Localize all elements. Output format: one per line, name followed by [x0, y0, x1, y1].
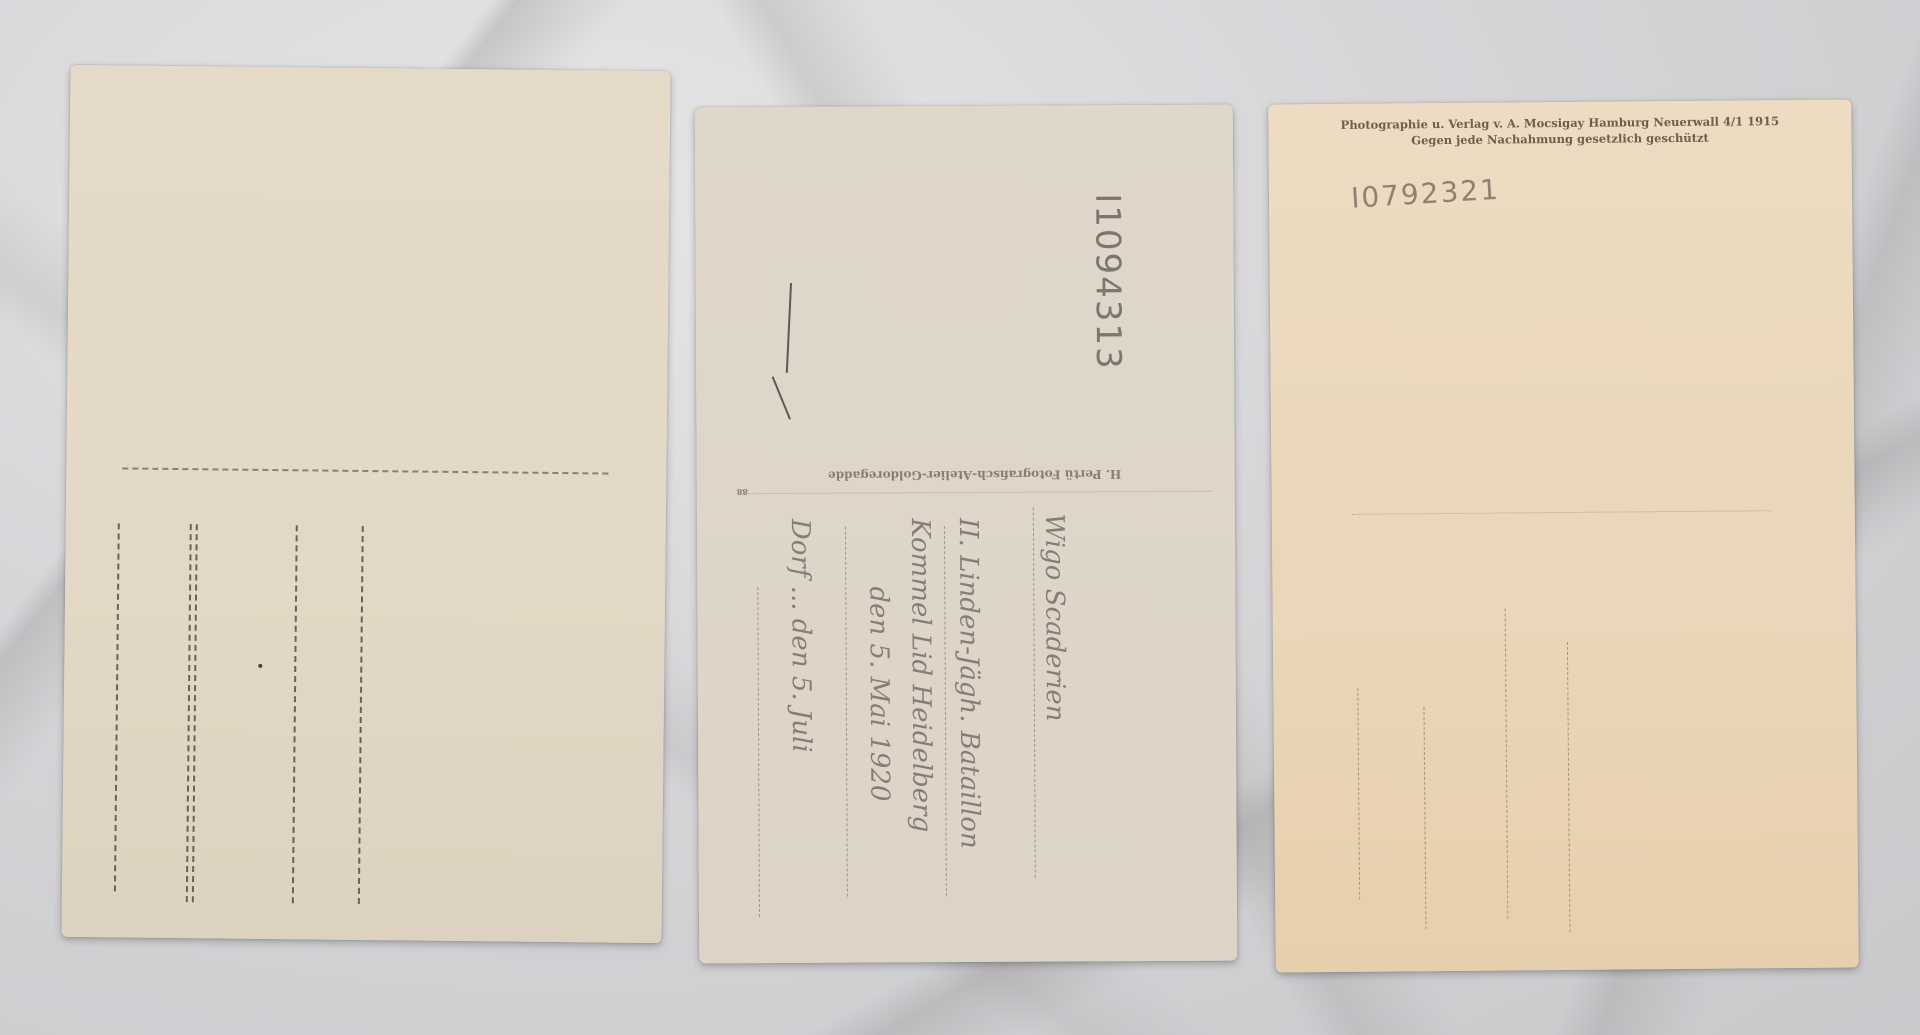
address-line — [114, 523, 120, 891]
divider-horizontal — [1352, 510, 1772, 515]
address-line — [292, 525, 298, 903]
studio-imprint: H. Pertü Fotografisch-Atelier-Goldoregad… — [775, 467, 1175, 483]
handwriting-line-3: Kommel Lid Heidelberg — [905, 518, 937, 832]
ink-dot — [258, 664, 262, 668]
divider-horizontal — [745, 491, 1213, 494]
address-line — [186, 524, 192, 902]
address-line — [1567, 642, 1571, 932]
address-line — [1357, 688, 1360, 900]
copyright-notice: Gegen jede Nachahmung gesetzlich geschüt… — [1292, 130, 1827, 149]
address-line — [192, 524, 198, 902]
address-line — [757, 587, 760, 917]
handwriting-line-5: Dorf ... den 5. Juli — [785, 519, 816, 753]
catalog-id: I0792321 — [1350, 173, 1501, 215]
handwriting-line-4: den 5. Mai 1920 — [863, 586, 894, 801]
address-line — [1505, 609, 1509, 919]
pencil-stroke — [786, 283, 792, 373]
address-line — [845, 527, 848, 897]
address-line — [358, 526, 364, 904]
postcard-left — [61, 65, 670, 943]
address-line — [944, 526, 947, 896]
address-line — [1423, 707, 1426, 929]
catalog-id: I1094313 — [1087, 193, 1128, 371]
postcard-right: Photographie u. Verlag v. A. Mocsigay Ha… — [1268, 99, 1859, 972]
handwriting-line-2: II. Linden-Jägh. Bataillon — [953, 518, 985, 849]
address-line — [1033, 508, 1036, 878]
pencil-stroke — [772, 376, 791, 419]
postcard-middle: I1094313 H. Pertü Fotografisch-Atelier-G… — [695, 105, 1237, 964]
divider-horizontal — [122, 467, 608, 474]
handwriting-line-1: Wigo Scaderien — [1039, 513, 1070, 721]
